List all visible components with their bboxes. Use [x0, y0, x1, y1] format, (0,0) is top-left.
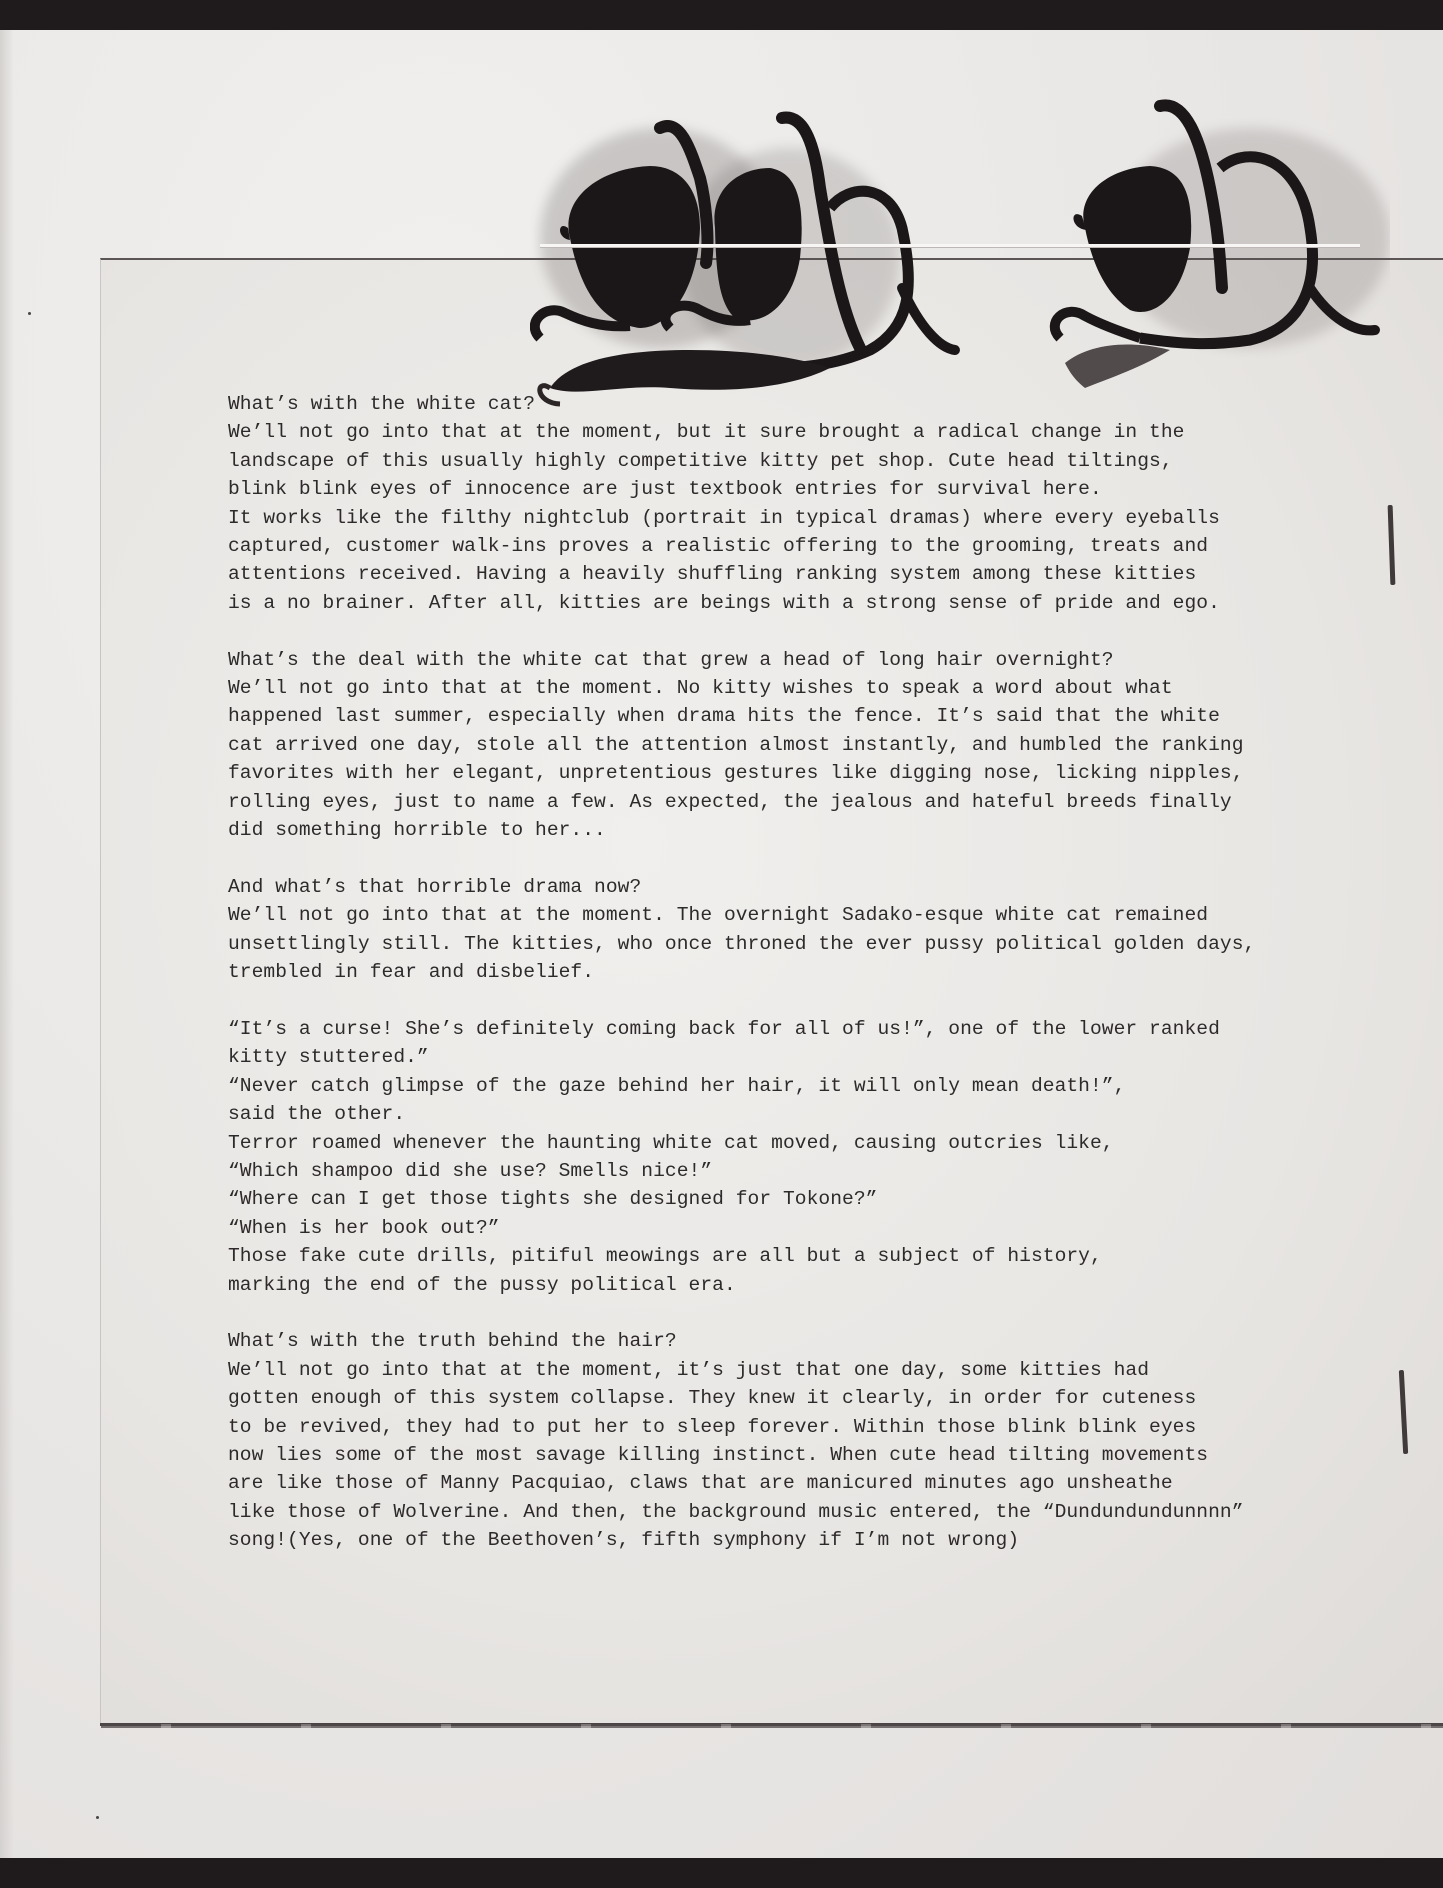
text-line: song!(Yes, one of the Beethoven’s, fifth… — [228, 1526, 1348, 1554]
text-line: blink blink eyes of innocence are just t… — [228, 475, 1348, 503]
text-line: to be revived, they had to put her to sl… — [228, 1413, 1348, 1441]
text-line: We’ll not go into that at the moment, bu… — [228, 418, 1348, 446]
scan-border-bottom — [0, 1858, 1443, 1888]
text-line: We’ll not go into that at the moment. No… — [228, 674, 1348, 702]
text-line: We’ll not go into that at the moment. Th… — [228, 901, 1348, 929]
text-line: landscape of this usually highly competi… — [228, 447, 1348, 475]
text-line: are like those of Manny Pacquiao, claws … — [228, 1469, 1348, 1497]
text-line: Those fake cute drills, pitiful meowings… — [228, 1242, 1348, 1270]
text-line: “When is her book out?” — [228, 1214, 1348, 1242]
text-line: “Which shampoo did she use? Smells nice!… — [228, 1157, 1348, 1185]
paper-crease — [540, 244, 1360, 247]
text-line: said the other. — [228, 1100, 1348, 1128]
text-line: gotten enough of this system collapse. T… — [228, 1384, 1348, 1412]
scan-border-top — [0, 0, 1443, 30]
text-line: cat arrived one day, stole all the atten… — [228, 731, 1348, 759]
text-line: And what’s that horrible drama now? — [228, 873, 1348, 901]
paragraph-white-cat: What’s with the white cat? We’ll not go … — [228, 390, 1348, 617]
text-line: kitty stuttered.” — [228, 1043, 1348, 1071]
text-line: favorites with her elegant, unpretentiou… — [228, 759, 1348, 787]
text-line: “It’s a curse! She’s definitely coming b… — [228, 1015, 1348, 1043]
text-line: now lies some of the most savage killing… — [228, 1441, 1348, 1469]
paragraph-long-hair: What’s the deal with the white cat that … — [228, 646, 1348, 845]
text-line: rolling eyes, just to name a few. As exp… — [228, 788, 1348, 816]
text-line: What’s the deal with the white cat that … — [228, 646, 1348, 674]
text-line: “Where can I get those tights she design… — [228, 1185, 1348, 1213]
text-line: trembled in fear and disbelief. — [228, 958, 1348, 986]
text-line: What’s with the truth behind the hair? — [228, 1327, 1348, 1355]
text-line: Terror roamed whenever the haunting whit… — [228, 1129, 1348, 1157]
article-body: What’s with the white cat? We’ll not go … — [228, 390, 1348, 1583]
text-line: did something horrible to her... — [228, 816, 1348, 844]
cat-illustration — [530, 88, 1390, 408]
text-line: is a no brainer. After all, kitties are … — [228, 589, 1348, 617]
paragraph-horrible-drama: And what’s that horrible drama now? We’l… — [228, 873, 1348, 987]
paper-speck — [96, 1816, 99, 1819]
text-line: marking the end of the pussy political e… — [228, 1271, 1348, 1299]
text-line: What’s with the white cat? — [228, 390, 1348, 418]
text-line: We’ll not go into that at the moment, it… — [228, 1356, 1348, 1384]
paragraph-curse: “It’s a curse! She’s definitely coming b… — [228, 1015, 1348, 1299]
text-line: It works like the filthy nightclub (port… — [228, 504, 1348, 532]
paragraph-truth: What’s with the truth behind the hair? W… — [228, 1327, 1348, 1554]
text-line: unsettlingly still. The kitties, who onc… — [228, 930, 1348, 958]
text-line: happened last summer, especially when dr… — [228, 702, 1348, 730]
text-line: attentions received. Having a heavily sh… — [228, 560, 1348, 588]
text-line: captured, customer walk-ins proves a rea… — [228, 532, 1348, 560]
paper-speck — [28, 312, 31, 315]
text-line: like those of Wolverine. And then, the b… — [228, 1498, 1348, 1526]
text-line: “Never catch glimpse of the gaze behind … — [228, 1072, 1348, 1100]
